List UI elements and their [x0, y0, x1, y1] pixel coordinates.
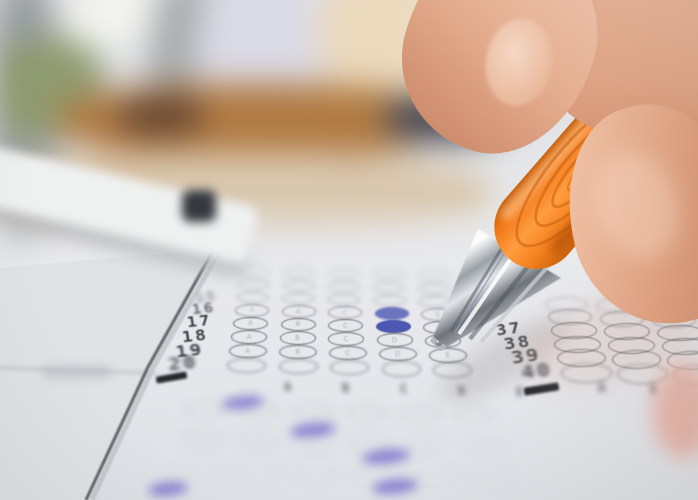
photo-scene: 1516ABCE17ABCE3718ABCDE3819ABCDE392040AB…: [0, 0, 698, 500]
ballpoint-tip: [436, 340, 443, 347]
